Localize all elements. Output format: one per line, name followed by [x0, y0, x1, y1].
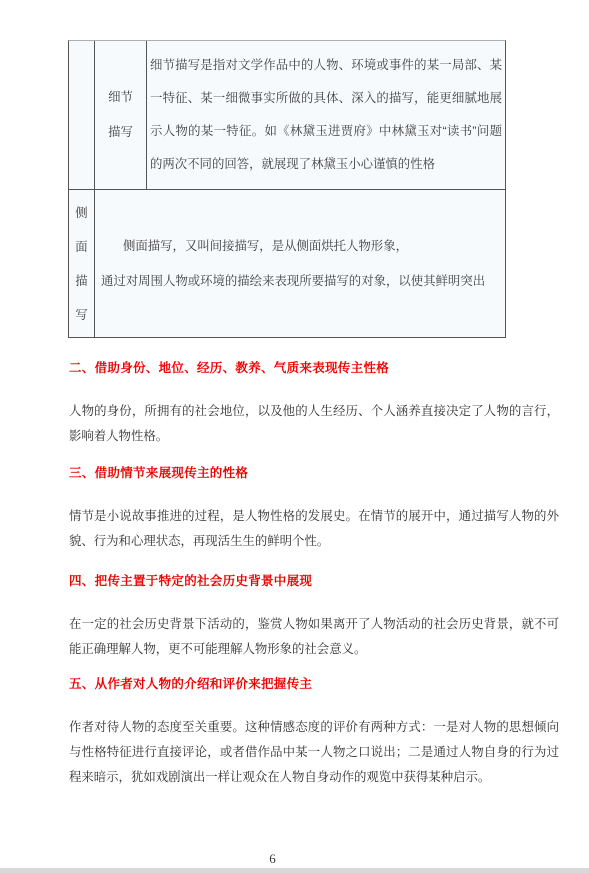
table-cell-side-content: 侧面描写，又叫间接描写，是从侧面烘托人物形象， 通过对周围人物或环境的描绘来表现…	[95, 190, 505, 337]
section-3: 三、借助情节来展现传主的性格 情节是小说故事推进的过程，是人物性格的发展史。在情…	[69, 465, 559, 554]
section-4-body: 在一定的社会历史背景下活动的，鉴赏人物如果离开了人物活动的社会历史背景，就不可能…	[69, 612, 559, 662]
section-3-heading: 三、借助情节来展现传主的性格	[69, 465, 559, 482]
page-bottom-edge	[0, 868, 589, 873]
document-page: 细节描写 细节描写是指对文学作品中的人物、环境或事件的某一局部、某一特征、某一细…	[0, 0, 589, 873]
detail-label-text: 细节描写	[107, 80, 135, 150]
side-content-line-2: 通过对周围人物或环境的描绘来表现所要描写的对象，以使其鲜明突出	[101, 264, 499, 299]
section-5-heading: 五、从作者对人物的介绍和评价来把握传主	[69, 676, 559, 693]
table-cell-empty	[69, 41, 95, 189]
description-table: 细节描写 细节描写是指对文学作品中的人物、环境或事件的某一局部、某一特征、某一细…	[68, 40, 506, 338]
side-content-line-1: 侧面描写，又叫间接描写，是从侧面烘托人物形象，	[101, 229, 499, 264]
table-cell-detail-label: 细节描写	[95, 41, 147, 189]
section-5: 五、从作者对人物的介绍和评价来把握传主 作者对待人物的态度至关重要。这种情感态度…	[69, 676, 559, 790]
section-2-body: 人物的身份，所拥有的社会地位，以及他的人生经历、个人涵养直接决定了人物的言行，影…	[69, 399, 559, 449]
table-cell-side-label: 侧面描写	[69, 190, 95, 337]
page-number: 6	[0, 851, 545, 867]
table-row-side: 侧面描写 侧面描写，又叫间接描写，是从侧面烘托人物形象， 通过对周围人物或环境的…	[69, 190, 505, 337]
section-5-body: 作者对待人物的态度至关重要。这种情感态度的评价有两种方式：一是对人物的思想倾向与…	[69, 715, 559, 790]
section-4-heading: 四、把传主置于特定的社会历史背景中展现	[69, 573, 559, 590]
section-3-body: 情节是小说故事推进的过程，是人物性格的发展史。在情节的展开中，通过描写人物的外貌…	[69, 504, 559, 554]
section-2: 二、借助身份、地位、经历、教养、气质来表现传主性格 人物的身份，所拥有的社会地位…	[69, 360, 559, 449]
detail-content-text: 细节描写是指对文学作品中的人物、环境或事件的某一局部、某一特征、某一细微事实所做…	[150, 49, 502, 181]
table-cell-detail-content: 细节描写是指对文学作品中的人物、环境或事件的某一局部、某一特征、某一细微事实所做…	[147, 41, 505, 189]
section-2-heading: 二、借助身份、地位、经历、教养、气质来表现传主性格	[69, 360, 559, 377]
side-label-text: 侧面描写	[74, 196, 89, 332]
table-row-detail: 细节描写 细节描写是指对文学作品中的人物、环境或事件的某一局部、某一特征、某一细…	[69, 41, 505, 190]
section-4: 四、把传主置于特定的社会历史背景中展现 在一定的社会历史背景下活动的，鉴赏人物如…	[69, 573, 559, 662]
